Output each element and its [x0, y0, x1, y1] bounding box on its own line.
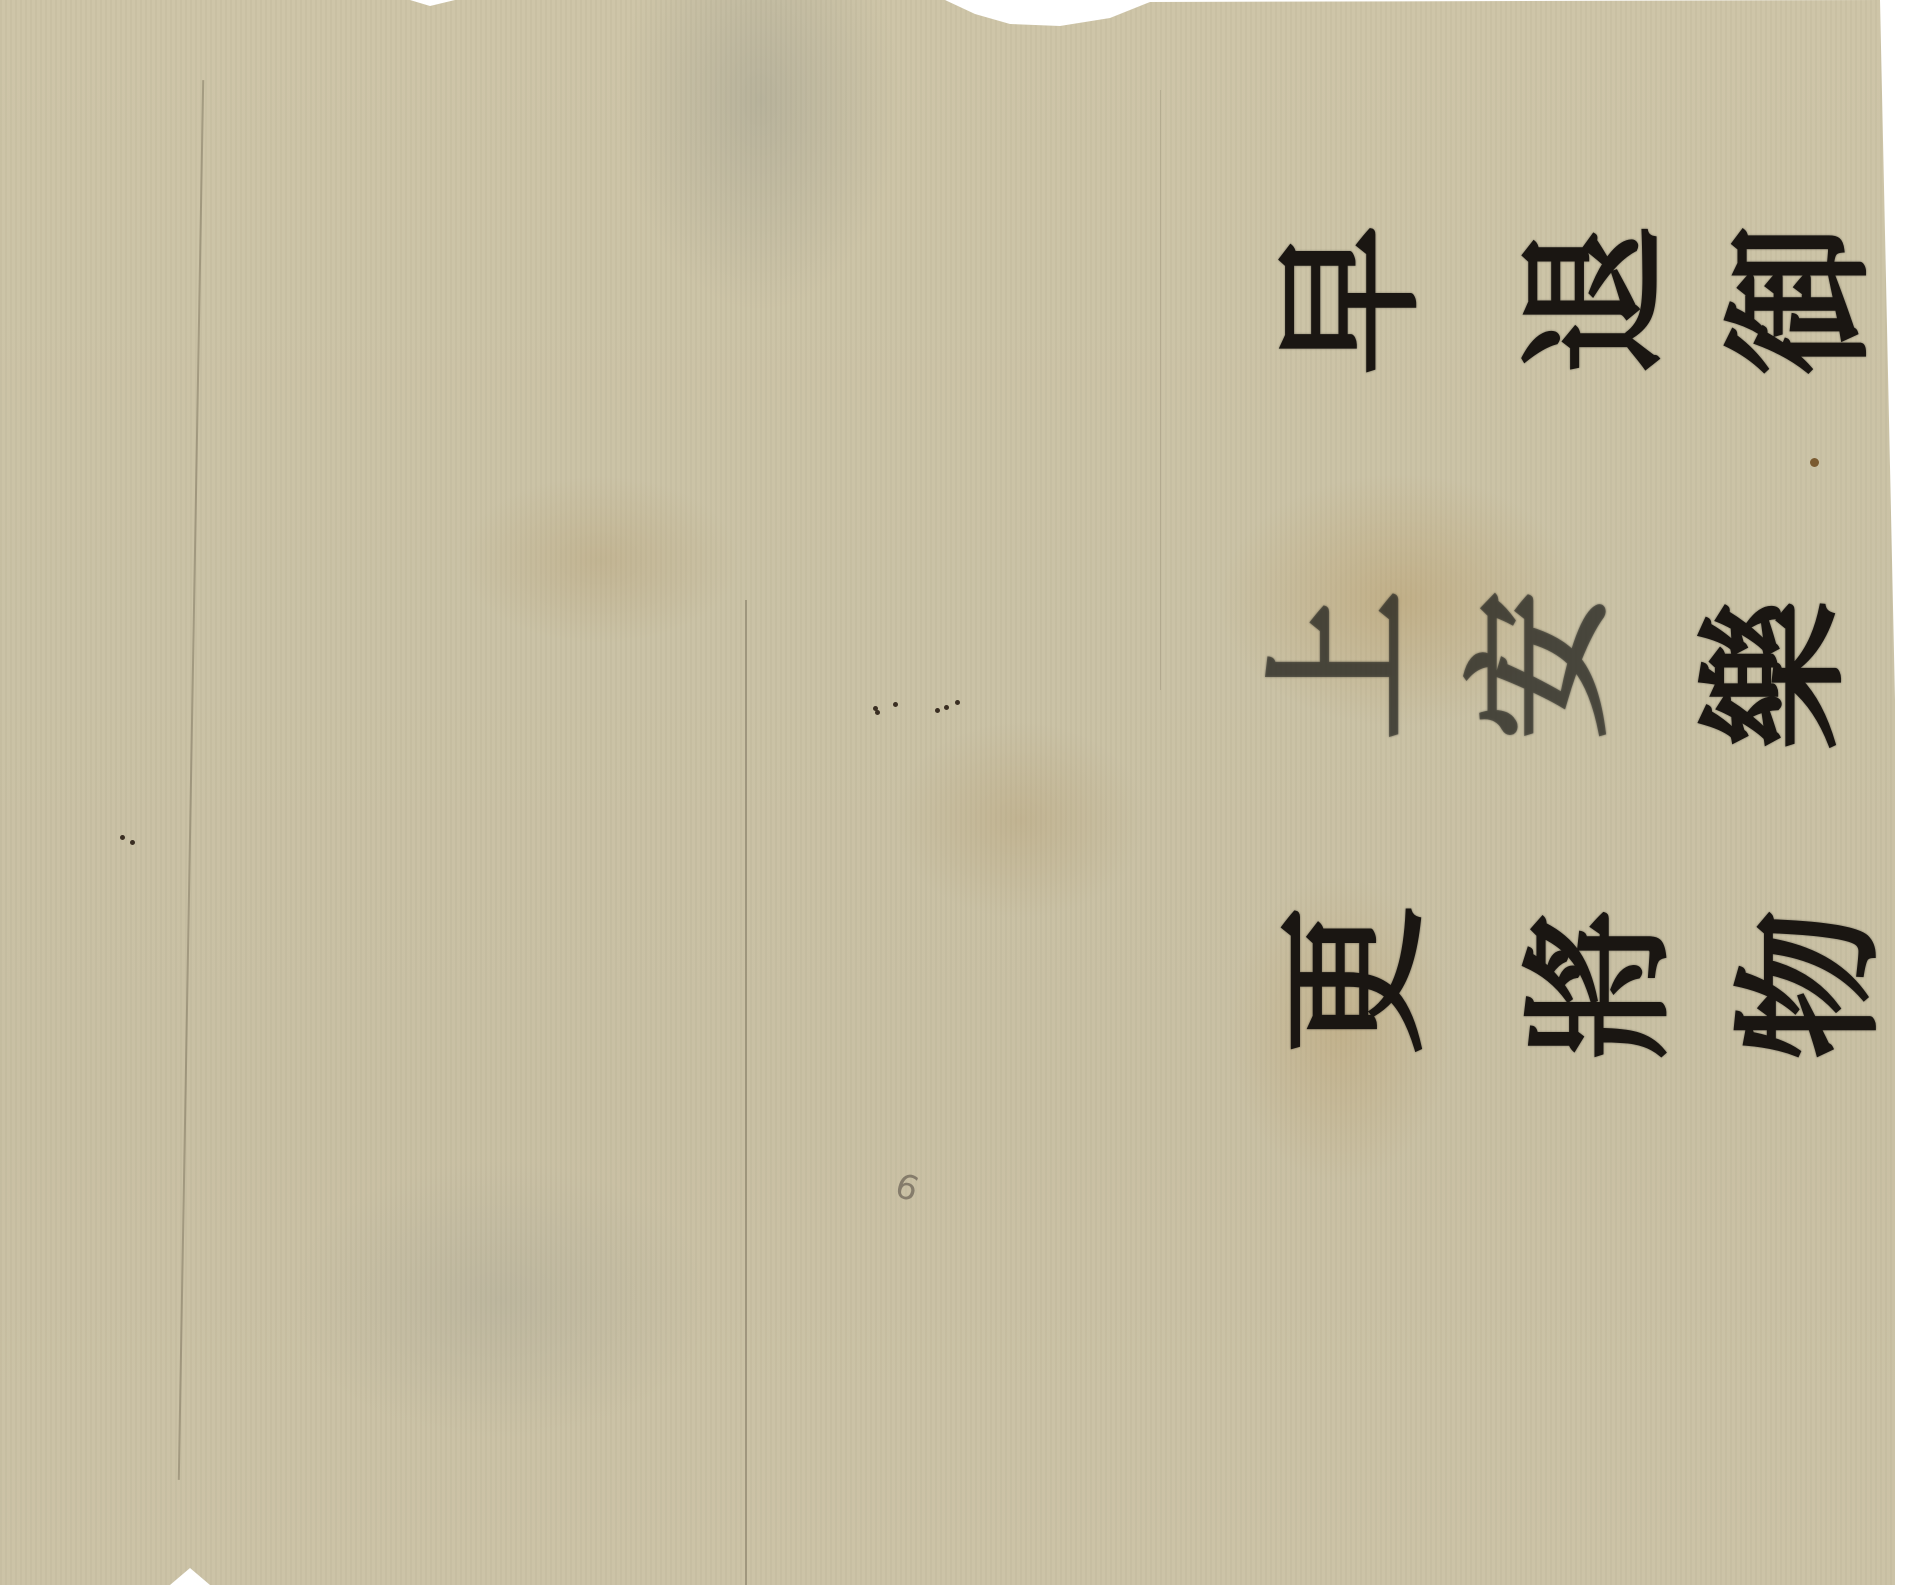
calligraphy-character: 將 [1525, 910, 1675, 1060]
pencil-page-number: 6 [890, 1166, 924, 1211]
paper-crease [178, 80, 204, 1480]
calligraphy-character: 安 [1465, 590, 1615, 740]
calligraphy-character: 御 [1725, 225, 1875, 375]
paper-crease [745, 600, 747, 1585]
wormhole [893, 702, 898, 707]
calligraphy-character: 樂 [1700, 600, 1850, 750]
calligraphy-character: 物 [1735, 910, 1885, 1060]
calligraphy-character: 更 [1280, 905, 1430, 1055]
calligraphy-character: 退 [1520, 225, 1670, 375]
wormhole [935, 708, 940, 713]
calligraphy-character: 上 [1265, 590, 1415, 740]
wormhole [955, 700, 960, 705]
paper-sheet: 御 退 早 樂 安 上 物 將 更 6 [0, 0, 1895, 1585]
wormhole [120, 835, 125, 840]
calligraphy-character: 早 [1275, 225, 1425, 375]
wormhole [944, 705, 949, 710]
stain-spot [1810, 458, 1819, 467]
wormhole [130, 840, 135, 845]
wormhole [875, 710, 880, 715]
paper-crease [1160, 90, 1161, 690]
